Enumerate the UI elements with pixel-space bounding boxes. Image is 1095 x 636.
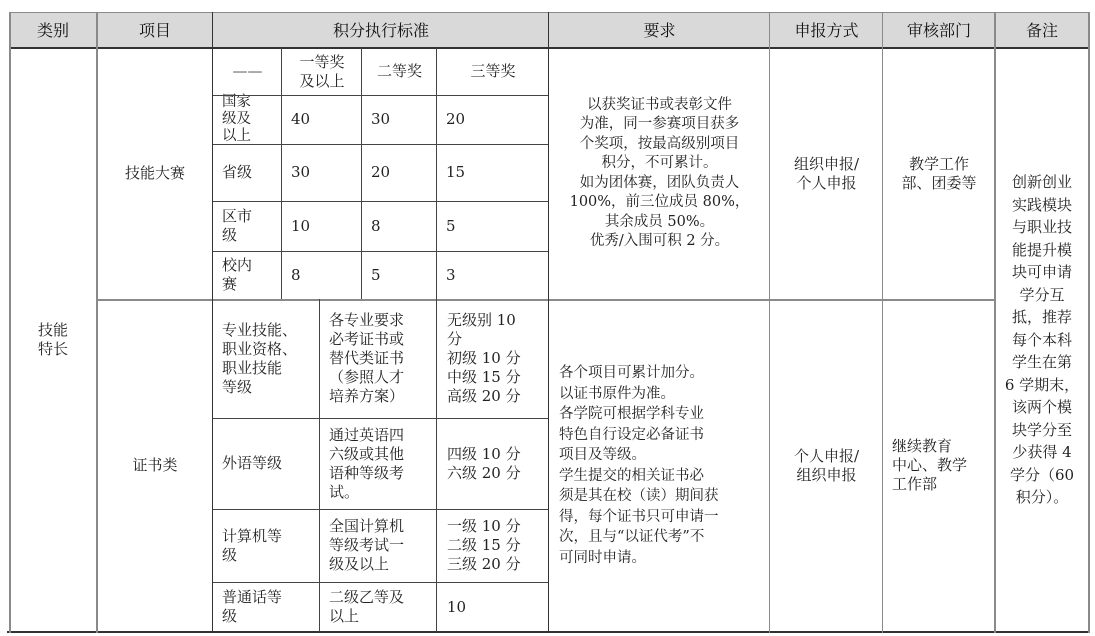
- header-method: 申报方式: [770, 12, 883, 48]
- award-col-third: 三等奖: [437, 48, 549, 95]
- level-district: 区市 级: [213, 201, 282, 251]
- header-remarks: 备注: [995, 12, 1089, 48]
- grid-v-213: [212, 12, 213, 633]
- header-standard: 积分执行标准: [213, 12, 549, 48]
- grid-h-201: [213, 201, 549, 202]
- cert-condition-professional: 各专业要求 必考证书或 替代类证书 （参照人才 培养方案）: [320, 299, 437, 418]
- grid-v-995: [994, 12, 996, 633]
- grid-h-418: [213, 418, 549, 419]
- award-col-blank: ——: [213, 48, 282, 95]
- cert-points-language: 四级 10 分 六级 20 分: [437, 418, 549, 509]
- grid-h-509: [213, 509, 549, 510]
- grid-h-299: [97, 299, 995, 301]
- national-third: 20: [437, 95, 549, 144]
- cert-points-mandarin: 10: [437, 582, 549, 632]
- level-province: 省级: [213, 144, 282, 201]
- category-cell: 技能 特长: [9, 48, 97, 632]
- cert-condition-mandarin: 二级乙等及 以上: [320, 582, 437, 632]
- province-second: 20: [362, 144, 437, 201]
- cert-type-mandarin: 普通话等 级: [213, 582, 320, 632]
- grid-v-left: [9, 12, 11, 633]
- cert-condition-computer: 全国计算机 等级考试一 级及以上: [320, 509, 437, 582]
- level-school: 校内 赛: [213, 251, 282, 299]
- grid-v-437: [436, 48, 437, 632]
- cert-type-language: 外语等级: [213, 418, 320, 509]
- header-department: 审核部门: [883, 12, 995, 48]
- cert-type-professional: 专业技能、 职业资格、 职业技能 等级: [213, 299, 320, 418]
- method-skills-competition: 组织申报/ 个人申报: [770, 48, 883, 299]
- award-col-first: 一等奖 及以上: [282, 48, 362, 95]
- grid-v-549: [548, 12, 549, 633]
- award-col-second: 二等奖: [362, 48, 437, 95]
- item-skills-competition: 技能大赛: [97, 48, 213, 299]
- district-first: 10: [282, 201, 362, 251]
- level-national: 国家 级及 以上: [213, 95, 282, 144]
- header-item: 项目: [97, 12, 213, 48]
- cert-condition-language: 通过英语四 六级或其他 语种等级考 试。: [320, 418, 437, 509]
- grid-header-bottom: [9, 47, 1090, 49]
- grid-h-95: [213, 95, 549, 96]
- school-first: 8: [282, 251, 362, 299]
- header-category: 类别: [9, 12, 97, 48]
- grid-v-770: [769, 12, 770, 633]
- department-skills-competition: 教学工作 部、团委等: [883, 48, 995, 299]
- grid-v-97: [96, 12, 98, 633]
- national-first: 40: [282, 95, 362, 144]
- grid-v-362: [361, 48, 362, 299]
- school-third: 3: [437, 251, 549, 299]
- header-requirement: 要求: [549, 12, 770, 48]
- district-third: 5: [437, 201, 549, 251]
- cert-type-computer: 计算机等 级: [213, 509, 320, 582]
- cert-points-computer: 一级 10 分 二级 15 分 三级 20 分: [437, 509, 549, 582]
- grid-v-right: [1088, 12, 1090, 633]
- province-third: 15: [437, 144, 549, 201]
- item-certificates: 证书类: [97, 299, 213, 632]
- district-second: 8: [362, 201, 437, 251]
- grid-h-582: [213, 582, 549, 583]
- grid-top: [9, 12, 1090, 13]
- remarks-cell: 创新创业 实践模块 与职业技 能提升模 块可申请 学分互 抵，推荐 每个本科 学…: [995, 48, 1089, 632]
- grid-v-320: [319, 299, 320, 632]
- department-certificates: 继续教育 中心、教学 工作部: [883, 299, 995, 632]
- requirement-certificates: 各个项目可累计加分。 以证书原件为准。 各学院可根据学科专业 特色自行设定必备证…: [549, 299, 770, 632]
- school-second: 5: [362, 251, 437, 299]
- grid-v-883: [882, 12, 883, 633]
- grid-v-282: [281, 48, 282, 299]
- method-certificates: 个人申报/ 组织申报: [770, 299, 883, 632]
- cert-points-professional: 无级别 10 分 初级 10 分 中级 15 分 高级 20 分: [437, 299, 549, 418]
- national-second: 30: [362, 95, 437, 144]
- grid-h-144: [213, 144, 549, 145]
- province-first: 30: [282, 144, 362, 201]
- requirement-skills-competition: 以获奖证书或表彰文件 为准，同一参赛项目获多 个奖项，按最高级别项目 积分，不可…: [549, 48, 770, 299]
- grid-h-251: [213, 251, 549, 252]
